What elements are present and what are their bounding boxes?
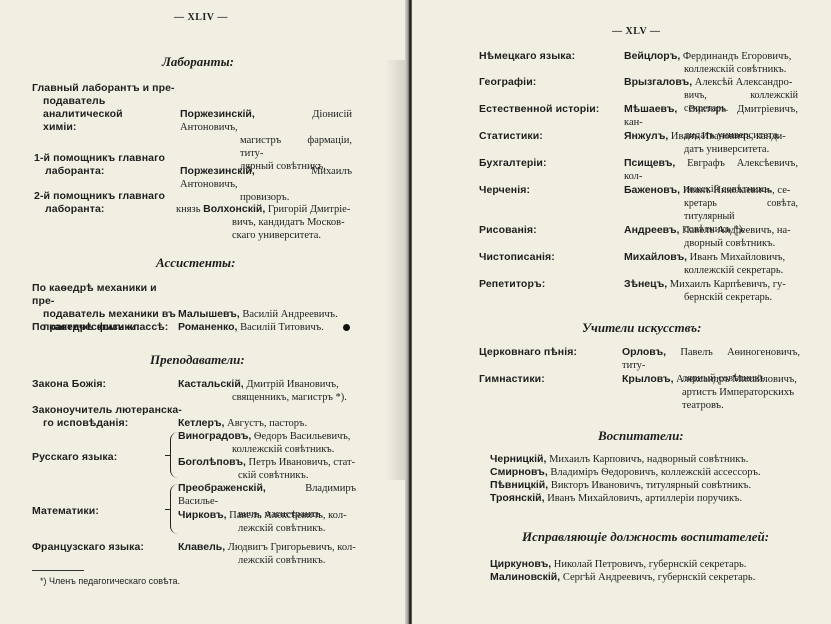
- label-line: Русскаго языка:: [32, 451, 182, 464]
- label-bookkeeping: Бухгалтеріи:: [479, 157, 547, 170]
- person-name: Поржезинскій,: [180, 165, 255, 177]
- person-detail: Фердинандъ Егоровичъ,: [683, 51, 791, 62]
- value-religion: Кастальскій, Дмитрій Ивановичъ, священни…: [178, 378, 356, 404]
- person-name: Троянскій,: [490, 492, 545, 504]
- person-detail: артистъ Императорскихъ: [622, 386, 800, 399]
- person-detail: коллежскій секретарь.: [624, 264, 798, 277]
- person-name: Пѣвницкій,: [490, 479, 548, 491]
- person-name: Чирковъ,: [178, 509, 227, 521]
- value-french: Клавель, Людвигъ Григорьевичъ, кол- лежс…: [178, 541, 356, 567]
- person-name: Смирновъ,: [490, 466, 548, 478]
- label-line: химіи:: [32, 121, 182, 134]
- person-detail: вичъ, кандидатъ Москов-: [176, 216, 352, 229]
- value-tutor: Зѣнецъ, Михаилъ Карпѣевичъ, гу- бернскій…: [624, 278, 798, 304]
- value-calligraphy: Михайловъ, Иванъ Михайловичъ, коллежскій…: [624, 251, 798, 277]
- person-detail: Людвигъ Григорьевичъ, кол-: [228, 542, 356, 553]
- value-russian-2: Боголѣповъ, Петръ Ивановичъ, стат- скій …: [178, 456, 356, 482]
- person-detail: Николай Петровичъ, губернскій секретарь.: [554, 559, 747, 570]
- label-line: 2-й помощникъ главнаго: [34, 190, 184, 203]
- person-name: Малиновскій,: [490, 571, 560, 583]
- person-detail: Дмитрій Ивановичъ,: [246, 379, 338, 390]
- value-chief-laborant: Поржезинскій, Діонисій Антоновичъ, магис…: [180, 108, 352, 173]
- heading-acting-tutors: Исправляющіе должность воспитателей:: [522, 529, 769, 545]
- tutor-row: Пѣвницкій, Викторъ Ивановичъ, титулярный…: [490, 479, 810, 492]
- person-detail: Павелъ Андреевичъ, на-: [682, 225, 791, 236]
- label-russian: Русскаго языка:: [32, 451, 182, 464]
- label-line: Законоучитель лютеранска-: [32, 404, 192, 417]
- person-detail: бернскій секретарь.: [624, 291, 798, 304]
- brace-math: [170, 484, 178, 534]
- value-lutheran: Кетлеръ, Августъ, пасторъ.: [178, 417, 356, 430]
- label-line: По каѳедрѣ механики и пре-: [32, 282, 182, 308]
- person-detail: Иванъ Михайловичъ, артиллеріи поручикъ.: [547, 493, 742, 504]
- person-name: Крыловъ,: [622, 373, 674, 385]
- person-name: Черницкій,: [490, 453, 546, 465]
- label-line: Французскаго языка:: [32, 541, 182, 554]
- person-detail: лежскій совѣтникъ.: [178, 554, 356, 567]
- label-line: подаватель механики въ: [32, 308, 182, 321]
- heading-art-teachers: Учители искусствъ:: [582, 320, 701, 336]
- person-name: Андреевъ,: [624, 224, 679, 236]
- value-math-2: Чирковъ, Павелъ Алексѣевичъ, кол- лежскі…: [178, 509, 356, 535]
- person-detail: Алексѣй Александро-: [695, 77, 793, 88]
- person-detail: Иванъ Михайловичъ,: [690, 252, 785, 263]
- label-line: подаватель аналитической: [32, 95, 182, 121]
- person-name: Янжулъ,: [624, 130, 668, 142]
- person-name: Клавель,: [178, 541, 225, 553]
- person-name: Вейцлоръ,: [624, 50, 680, 62]
- left-page: — XLIV — Лаборанты: Главный лаборантъ и …: [0, 0, 409, 624]
- person-name: Романенко,: [178, 321, 237, 333]
- value-russian-1: Виноградовъ, Ѳедоръ Васильевичъ, коллежс…: [178, 430, 356, 456]
- label-line: лаборанта:: [34, 203, 184, 216]
- label-gymnastics: Гимнастики:: [479, 373, 545, 386]
- label-physics: По каѳедрѣ физики:: [32, 321, 182, 334]
- label-french: Французскаго языка:: [32, 541, 182, 554]
- person-detail: коллежскій совѣтникъ.: [178, 443, 356, 456]
- person-name: Кетлеръ,: [178, 417, 224, 429]
- footnote-rule: [32, 570, 84, 571]
- tutor-row: Троянскій, Иванъ Михайловичъ, артиллеріи…: [490, 492, 810, 505]
- value-assistant-2: князь Волхонскій, Григорій Дмитріе- вичъ…: [176, 203, 352, 242]
- ink-blot: [343, 324, 350, 331]
- person-detail: Павелъ Алексѣевичъ, кол-: [229, 510, 346, 521]
- person-name: Псищевъ,: [624, 157, 675, 169]
- label-line: Закона Божія:: [32, 378, 182, 391]
- person-detail: кретарь совѣта, титулярный: [624, 197, 798, 223]
- person-name: Циркуновъ,: [490, 558, 551, 570]
- value-gymnastics: Крыловъ, Александръ Михайловичъ, артистъ…: [622, 373, 800, 412]
- heading-tutors: Воспитатели:: [598, 428, 684, 444]
- label-german: Нѣмецкаго языка:: [479, 50, 575, 63]
- person-name: Михайловъ,: [624, 251, 687, 263]
- label-natural-history: Естественной исторіи:: [479, 103, 599, 116]
- person-detail: Викторъ Ивановичъ, титулярный совѣтникъ.: [551, 480, 751, 491]
- person-detail: магистръ фармаціи, титу-: [180, 134, 352, 160]
- label-calligraphy: Чистописанія:: [479, 251, 555, 264]
- page-number-right: — XLV —: [612, 26, 661, 37]
- value-physics: Романенко, Василій Титовичъ.: [178, 321, 358, 334]
- label-church-singing: Церковнаго пѣнія:: [479, 346, 577, 359]
- person-detail: Григорій Дмитріе-: [268, 204, 350, 215]
- person-name: Преображенскій,: [178, 482, 266, 494]
- person-detail: Владиміръ Ѳедоровичъ, коллежскій ассессо…: [550, 467, 760, 478]
- person-detail: лежскій совѣтникъ.: [178, 522, 356, 535]
- person-detail: Петръ Ивановичъ, стат-: [249, 457, 356, 468]
- title-prefix: князь: [176, 204, 201, 215]
- label-chief-laborant: Главный лаборантъ и пре- подаватель анал…: [32, 82, 182, 134]
- person-name: Поржезинскій,: [180, 108, 255, 120]
- label-math: Математики:: [32, 505, 182, 518]
- person-detail: коллежскій совѣтникъ.: [624, 63, 798, 76]
- acting-tutor-row: Малиновскій, Сергѣй Андреевичъ, губернск…: [490, 571, 810, 584]
- label-drawing: Рисованія:: [479, 224, 537, 237]
- person-name: Орловъ,: [622, 346, 666, 358]
- label-line: го исповѣданія:: [32, 417, 192, 430]
- label-assistant-1: 1-й помощникъ главнаго лаборанта:: [34, 152, 184, 178]
- person-detail: Иванъ Ивановичъ, канди-: [671, 131, 786, 142]
- person-name: Зѣнецъ,: [624, 278, 667, 290]
- label-statistics: Статистики:: [479, 130, 543, 143]
- person-detail: скаго университета.: [176, 229, 352, 242]
- label-drafting: Черченія:: [479, 184, 530, 197]
- person-name: Малышевъ,: [178, 308, 240, 320]
- acting-tutor-row: Циркуновъ, Николай Петровичъ, губернскій…: [490, 558, 810, 571]
- person-detail: Михаилъ Карпѣевичъ, гу-: [670, 279, 786, 290]
- label-religion: Закона Божія:: [32, 378, 182, 391]
- label-tutor: Репетиторъ:: [479, 278, 545, 291]
- person-detail: Василій Андреевичъ.: [242, 309, 337, 320]
- label-lutheran: Законоучитель лютеранска- го исповѣданія…: [32, 404, 192, 430]
- right-page: — XLV — Нѣмецкаго языка: Вейцлоръ, Ферди…: [412, 0, 831, 624]
- page-number-left: — XLIV —: [174, 12, 228, 23]
- label-geography: Географіи:: [479, 76, 536, 89]
- label-assistant-2: 2-й помощникъ главнаго лаборанта:: [34, 190, 184, 216]
- person-detail: Василій Титовичъ.: [240, 322, 324, 333]
- person-detail: датъ университета.: [624, 143, 798, 156]
- person-detail: Ѳедоръ Васильевичъ,: [254, 431, 351, 442]
- heading-laborants: Лаборанты:: [162, 54, 234, 70]
- label-line: 1-й помощникъ главнаго: [34, 152, 184, 165]
- tutor-row: Черницкій, Михаилъ Карповичъ, надворный …: [490, 453, 810, 466]
- label-line: По каѳедрѣ физики:: [32, 321, 182, 334]
- label-line: Главный лаборантъ и пре-: [32, 82, 182, 95]
- person-name: Баженовъ,: [624, 184, 680, 196]
- person-detail: Александръ Михайловичъ,: [676, 374, 797, 385]
- person-detail: скій совѣтникъ.: [178, 469, 356, 482]
- person-detail: театровъ.: [622, 399, 800, 412]
- value-drawing: Андреевъ, Павелъ Андреевичъ, на- дворный…: [624, 224, 798, 250]
- value-statistics: Янжулъ, Иванъ Ивановичъ, канди- датъ уни…: [624, 130, 798, 156]
- footnote: *) Членъ педагогическаго совѣта.: [40, 576, 180, 586]
- person-name: Виноградовъ,: [178, 430, 251, 442]
- heading-teachers: Преподаватели:: [150, 352, 245, 368]
- person-name: Боголѣповъ,: [178, 456, 246, 468]
- person-detail: Иванъ Николаевичъ, се-: [683, 185, 791, 196]
- value-mechanics: Малышевъ, Василій Андреевичъ.: [178, 308, 358, 321]
- person-detail: Сергѣй Андреевичъ, губернскій секретарь.: [563, 572, 756, 583]
- person-name: Врызгаловъ,: [624, 76, 692, 88]
- person-detail: дворный совѣтникъ.: [624, 237, 798, 250]
- person-name: Волхонскій,: [203, 203, 265, 215]
- tutor-row: Смирновъ, Владиміръ Ѳедоровичъ, коллежск…: [490, 466, 810, 479]
- person-detail: священникъ, магистръ *).: [178, 391, 356, 404]
- person-detail: Михаилъ Карповичъ, надворный совѣтникъ.: [549, 454, 748, 465]
- brace-russian: [170, 432, 178, 478]
- value-assistant-1: Поржезинскій, Михаилъ Антоновичъ, провиз…: [180, 165, 352, 204]
- value-german: Вейцлоръ, Фердинандъ Егоровичъ, коллежск…: [624, 50, 798, 76]
- heading-assistants: Ассистенты:: [156, 255, 235, 271]
- label-line: лаборанта:: [34, 165, 184, 178]
- person-detail: Августъ, пасторъ.: [227, 418, 307, 429]
- person-name: Мѣшаевъ,: [624, 103, 677, 115]
- person-name: Кастальскій,: [178, 378, 244, 390]
- label-line: Математики:: [32, 505, 182, 518]
- binding-shadow: [385, 60, 407, 480]
